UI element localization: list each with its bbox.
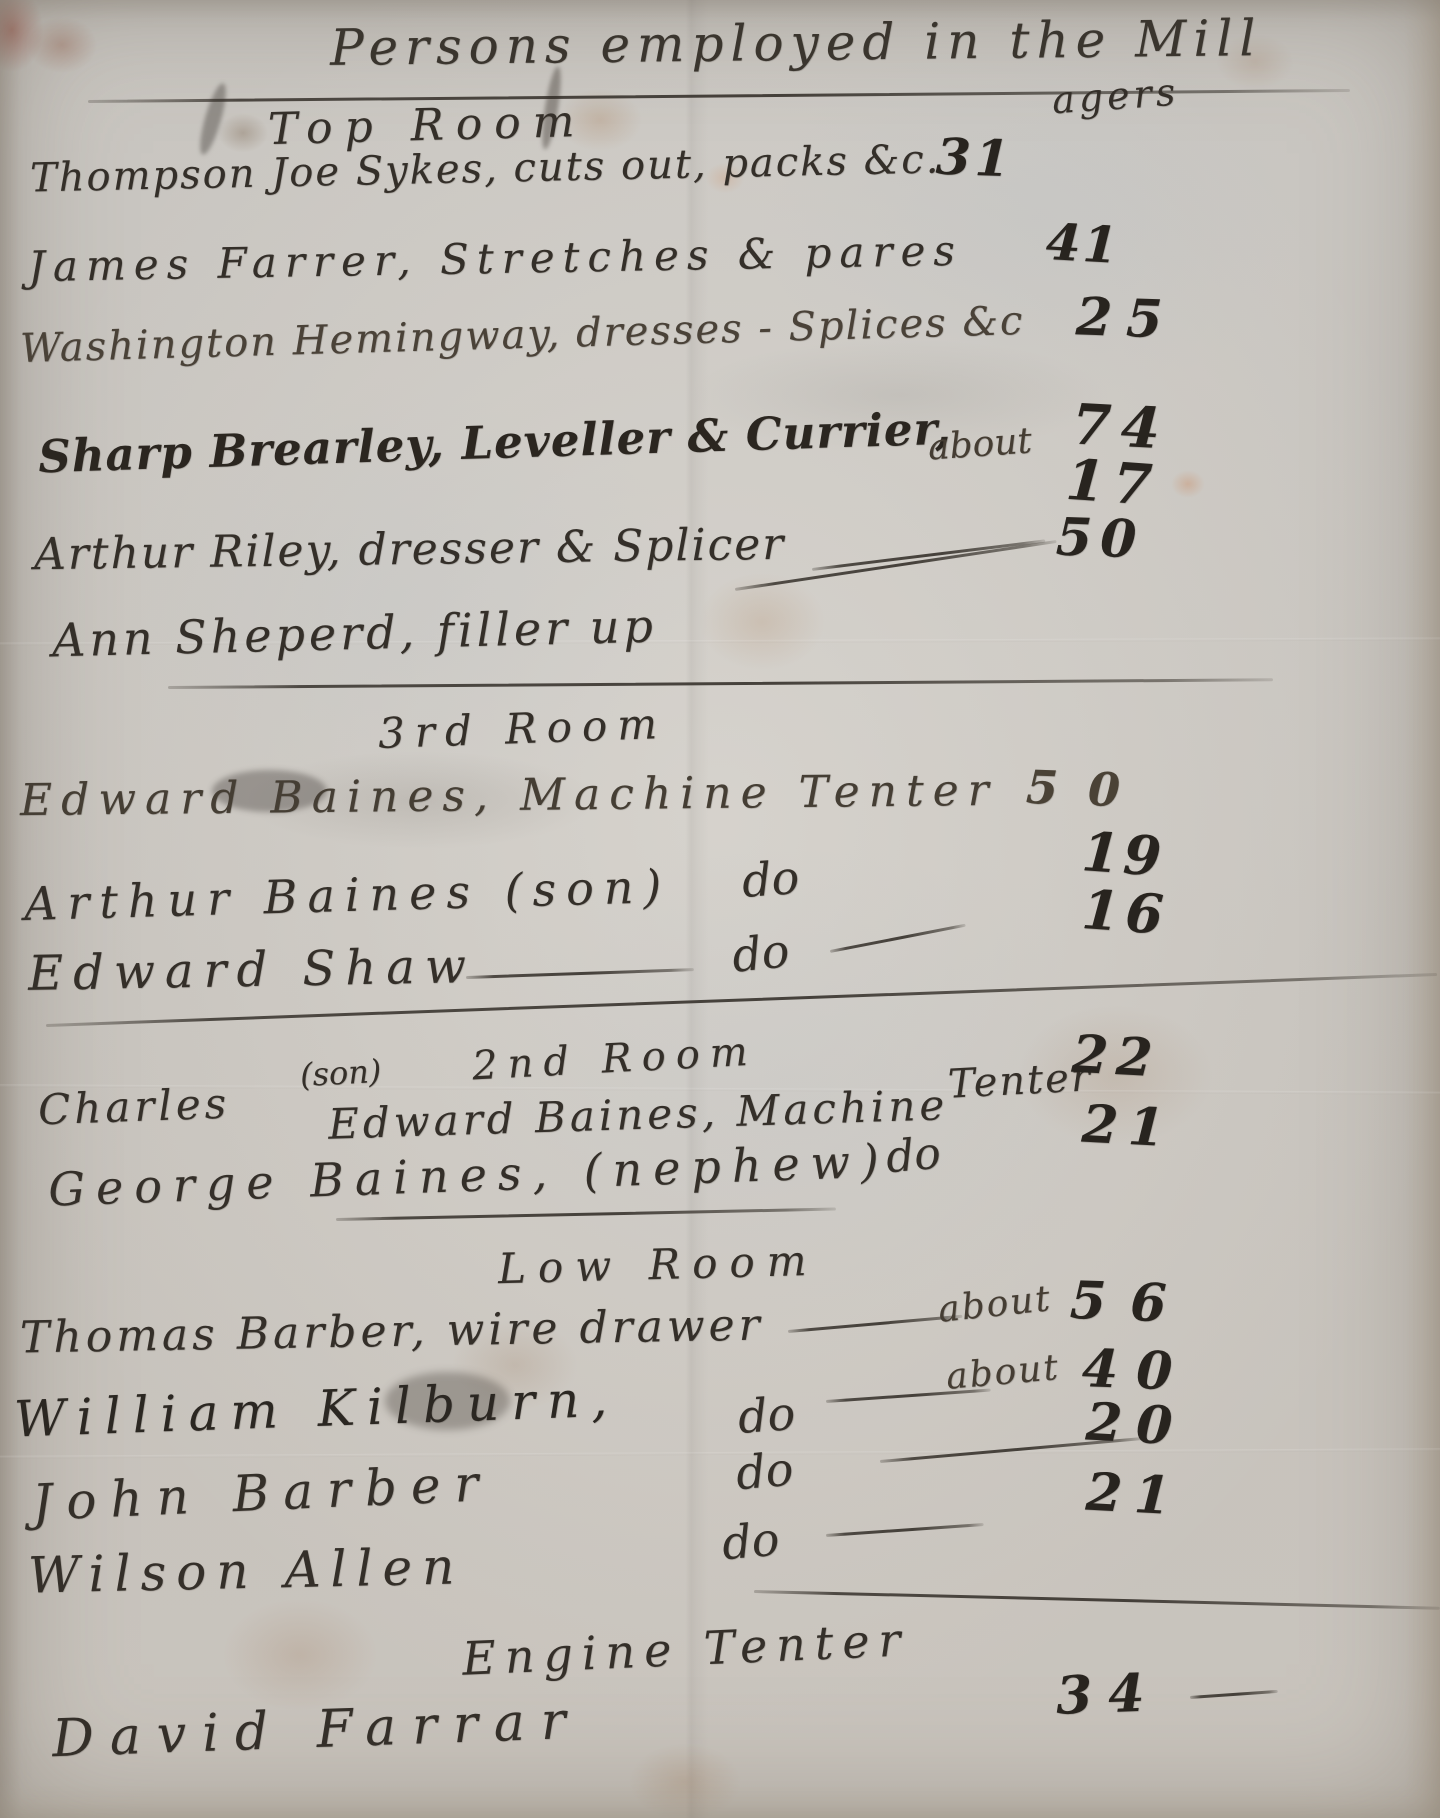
- entry-age-thompson-sykes: 31: [935, 127, 1015, 189]
- section-divider: [336, 1208, 836, 1221]
- entry-age-washington-hemingway: 25: [1075, 286, 1177, 350]
- age-qualifier-about-william-kilburn: about: [944, 1347, 1061, 1398]
- age-qualifier-about-brearley: about: [927, 420, 1033, 468]
- entry-age-ann-sheperd: 50: [1055, 506, 1145, 570]
- entry-text-thompson-sykes: Thompson Joe Sykes, cuts out, packs &c.: [30, 136, 941, 201]
- entry-text-ann-sheperd: Ann Sheperd, filler up: [51, 599, 657, 668]
- section-header-low-room: Low Room: [497, 1236, 819, 1293]
- ditto-mark-john-barber: do: [734, 1442, 796, 1501]
- manuscript-page: Persons employed in the Mill agers Top R…: [0, 0, 1440, 1818]
- ditto-mark-edward-shaw: do: [729, 923, 791, 983]
- entry-text-thomas-barber: Thomas Barber, wire drawer: [20, 1300, 764, 1364]
- entry-age-george-baines: 21: [1080, 1094, 1175, 1160]
- inserted-note-son: (son): [299, 1052, 382, 1094]
- age-qualifier-about-thomas-barber: about: [936, 1278, 1054, 1331]
- ditto-mark-wilson-allen: do: [720, 1512, 782, 1571]
- hand-dash: [812, 539, 1046, 570]
- paper-crease: [0, 1448, 1440, 1459]
- entry-text-arthur-baines: Arthur Baines (son): [23, 859, 672, 931]
- ditto-mark-arthur-baines: do: [740, 850, 801, 908]
- section-divider: [168, 678, 1273, 689]
- entry-text-washington-hemingway: Washington Hemingway, dresses - Splices …: [20, 298, 1025, 372]
- entry-age-james-farrer: 41: [1045, 212, 1122, 275]
- entry-text-david-farrar: David Farrar: [51, 1691, 582, 1769]
- section-header-3rd-room: 3rd Room: [377, 699, 668, 758]
- entry-text-edward-shaw: Edward Shaw: [28, 938, 477, 1002]
- hand-dash: [788, 1315, 963, 1333]
- entry-age-david-farrar: 34: [1055, 1662, 1161, 1727]
- ditto-mark-george-baines: do: [884, 1128, 943, 1184]
- entry-text-john-barber: John Barber: [31, 1454, 493, 1532]
- entry-text-charles-baines: Charles: [37, 1079, 231, 1135]
- ages-column-label: agers: [1051, 70, 1181, 123]
- entry-age-john-barber: 20: [1084, 1391, 1187, 1457]
- entry-text-sharp-brearley: Sharp Brearley, Leveller & Currier,: [37, 402, 952, 484]
- entry-text-edward-baines: Edward Baines, Machine Tenter: [20, 765, 998, 826]
- section-header-engine-tenter: Engine Tenter: [461, 1612, 910, 1685]
- section-header-2nd-room: 2nd Room: [471, 1029, 759, 1090]
- hand-dash: [826, 1523, 984, 1537]
- hand-dash: [830, 924, 966, 953]
- section-divider: [754, 1590, 1440, 1610]
- entry-text-wilson-allen: Wilson Allen: [27, 1537, 464, 1604]
- entry-age-thomas-barber: 56: [1069, 1270, 1191, 1335]
- entry-age-edward-shaw: 16: [1080, 877, 1171, 947]
- entry-age-edward-baines: 50: [1025, 760, 1151, 818]
- entry-text-james-farrer: James Farrer, Stretches & pares: [28, 226, 964, 291]
- entry-text-george-baines: George Baines, (nephew): [47, 1133, 890, 1216]
- ink-smudge: [195, 81, 231, 157]
- entry-age-charles-baines: 22: [1070, 1024, 1161, 1090]
- ditto-mark-william-kilburn: do: [736, 1386, 797, 1444]
- hand-dash: [1190, 1690, 1278, 1699]
- entry-age-wilson-allen: 21: [1084, 1462, 1183, 1528]
- document-title: Persons employed in the Mill: [330, 9, 1263, 77]
- entry-text-arthur-riley: Arthur Riley, dresser & Splicer: [34, 519, 786, 580]
- entry-text-william-kilburn: William Kilburn,: [13, 1369, 620, 1448]
- hand-dash: [466, 968, 694, 979]
